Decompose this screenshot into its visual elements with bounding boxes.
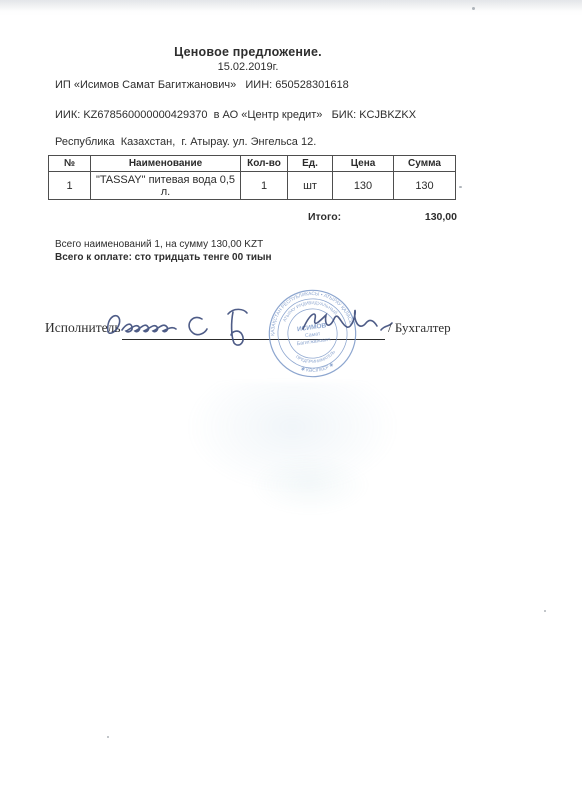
cell-number: 1 <box>49 172 91 200</box>
cell-name: "TASSAY" питевая вода 0,5 л. <box>91 172 241 200</box>
totals-label: Итого: <box>308 211 341 223</box>
scan-speck <box>459 186 462 188</box>
summary-line: Всего наименований 1, на сумму 130,00 KZ… <box>55 239 263 250</box>
payable-line: Всего к оплате: сто тридцать тенге 00 ти… <box>55 252 272 263</box>
items-table: № Наименование Кол-во Ед. Цена Сумма 1 "… <box>48 155 456 200</box>
cell-price: 130 <box>333 172 394 200</box>
scanned-page: Ценовое предложение. 15.02.2019г. ИП «Ис… <box>0 0 582 800</box>
stamp-residue-smudge-2 <box>250 455 370 515</box>
table-header-row: № Наименование Кол-во Ед. Цена Сумма <box>49 156 456 172</box>
col-name: Наименование <box>91 156 241 172</box>
handwritten-signature <box>98 300 398 352</box>
col-qty: Кол-во <box>241 156 288 172</box>
cell-unit: шт <box>288 172 333 200</box>
totals-value: 130,00 <box>395 211 457 223</box>
cell-qty: 1 <box>241 172 288 200</box>
cell-sum: 130 <box>394 172 456 200</box>
col-number: № <box>49 156 91 172</box>
scan-speck <box>544 610 546 612</box>
stamp-ring-outer-bottom: ✱ КӘСІПКЕР ✱ <box>299 362 335 376</box>
document-title: Ценовое предложение. <box>0 45 496 59</box>
bank-requisites-line: ИИК: KZ678560000000429370 в АО «Центр кр… <box>55 109 416 121</box>
address-line: Республика Казахстан, г. Атырау. ул. Энг… <box>55 136 316 148</box>
col-sum: Сумма <box>394 156 456 172</box>
document-date: 15.02.2019г. <box>0 61 496 73</box>
table-row: 1 "TASSAY" питевая вода 0,5 л. 1 шт 130 … <box>49 172 456 200</box>
scan-edge-shadow <box>0 0 582 11</box>
scan-speck <box>107 736 109 738</box>
accountant-label: / Бухгалтер <box>388 320 451 336</box>
seller-requisites-line: ИП «Исимов Самат Багитжанович» ИИН: 6505… <box>55 79 349 91</box>
scan-speck <box>472 7 475 10</box>
col-price: Цена <box>333 156 394 172</box>
col-unit: Ед. <box>288 156 333 172</box>
